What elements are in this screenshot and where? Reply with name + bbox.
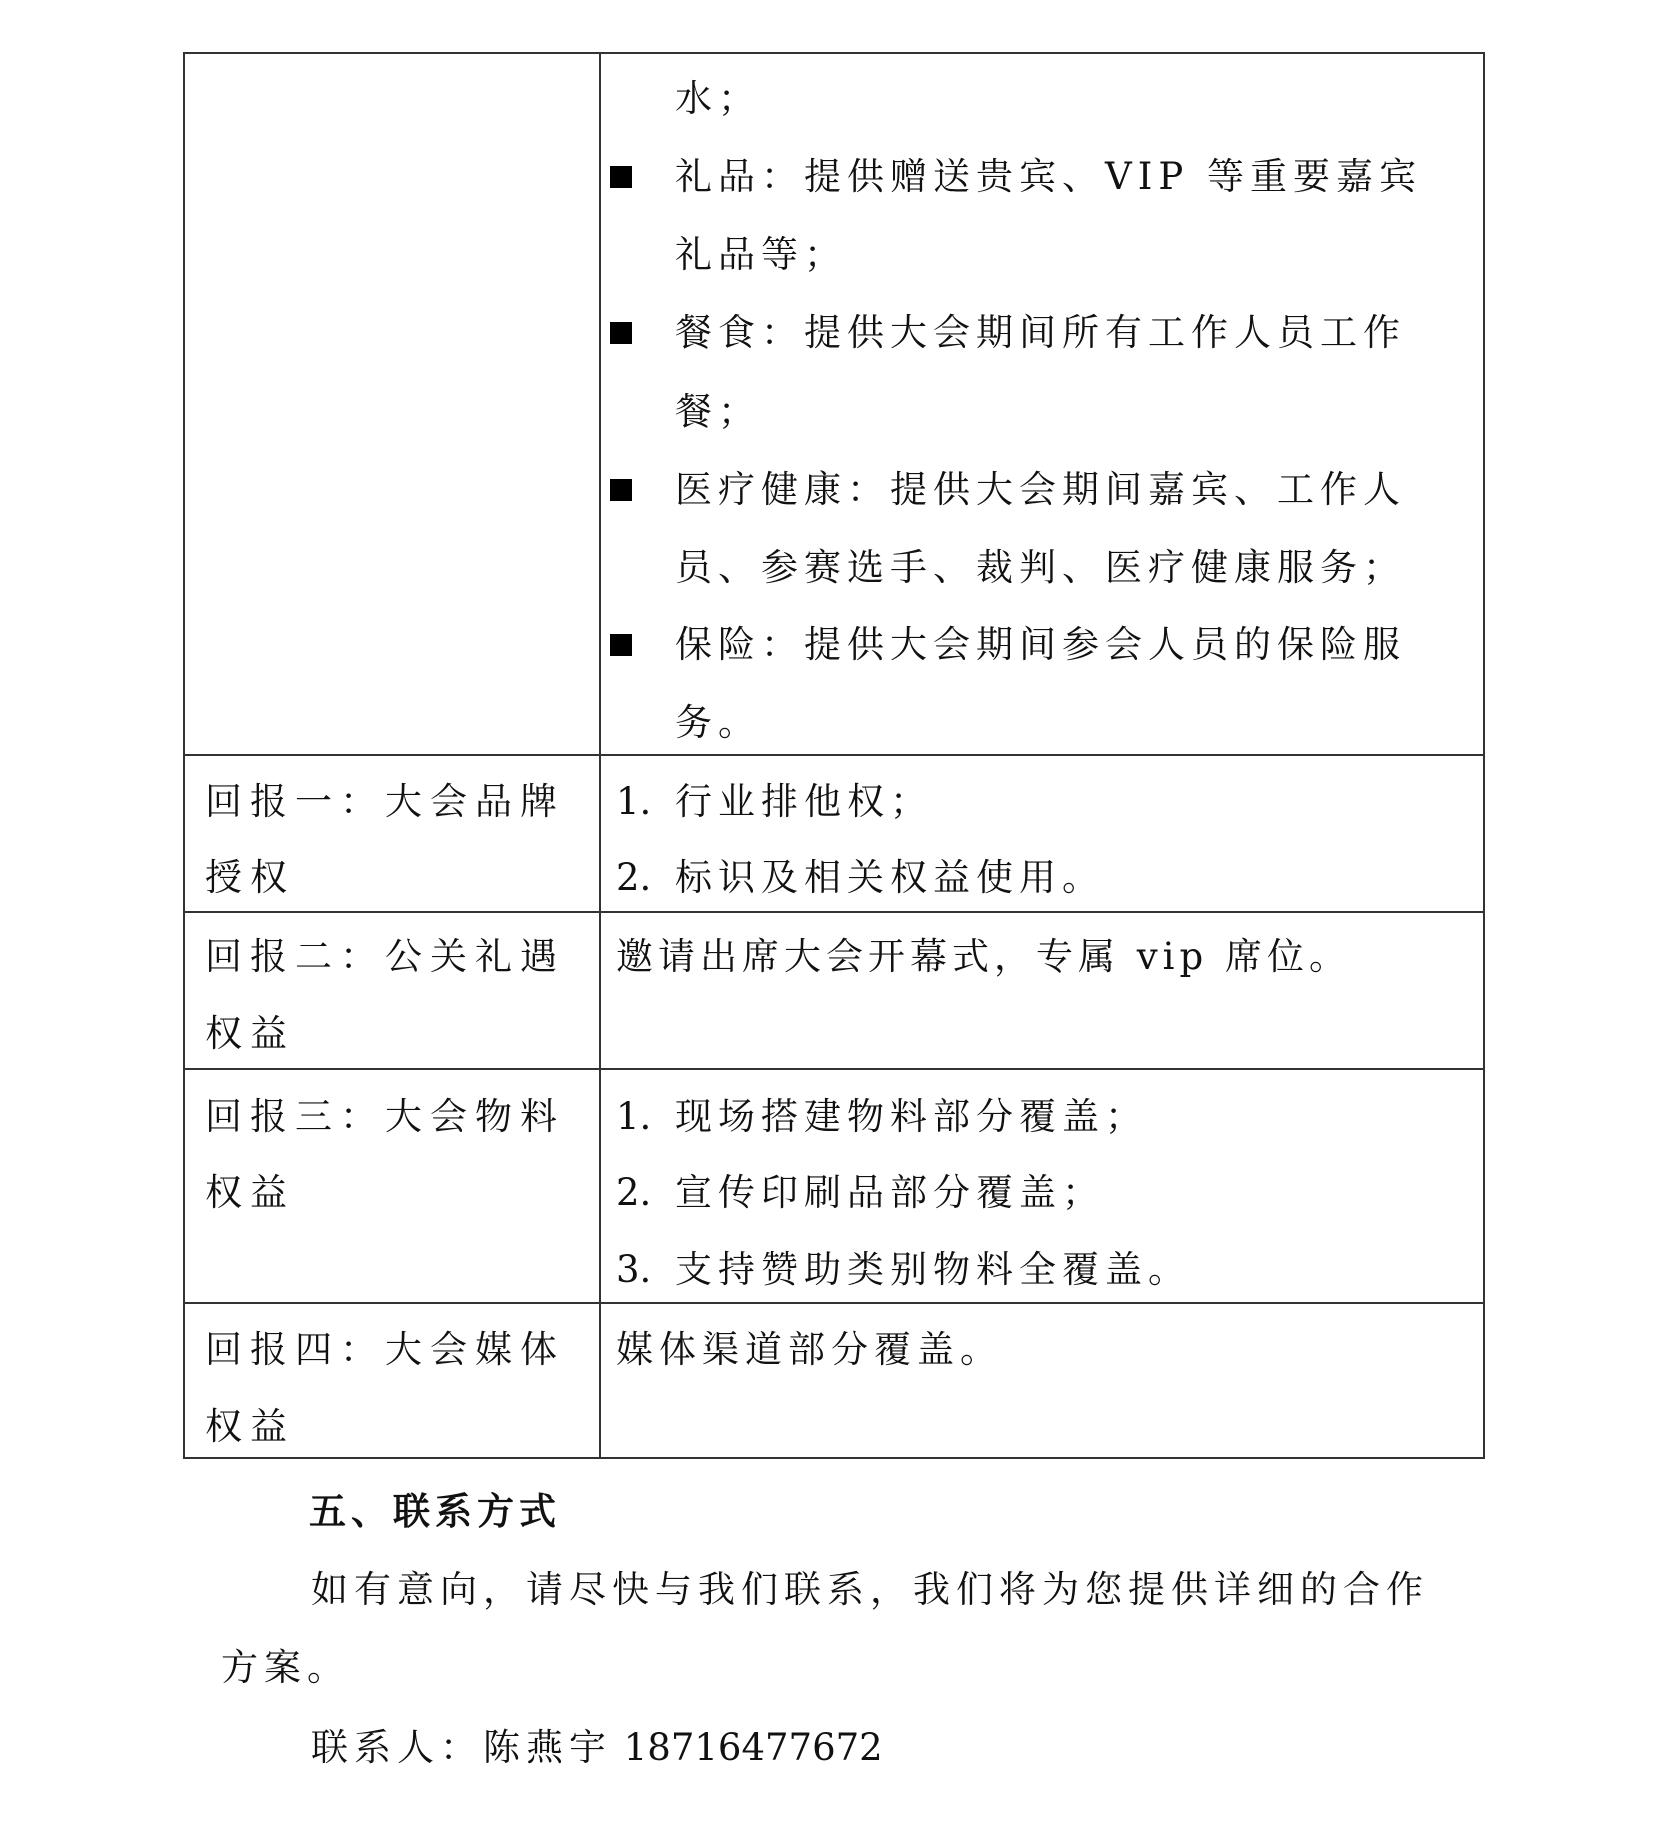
square-bullet-icon (610, 634, 632, 656)
list-item-text: 餐； (675, 390, 761, 434)
row-divider (185, 911, 1483, 913)
row-divider (185, 1302, 1483, 1304)
list-item-text: 医疗健康：提供大会期间嘉宾、工作人 (675, 468, 1406, 512)
square-bullet-icon (610, 322, 632, 344)
list-number: 1. (616, 780, 651, 824)
contact-spacer (612, 1726, 624, 1769)
list-item-text: 餐食：提供大会期间所有工作人员工作 (675, 311, 1406, 355)
list-item-text: 现场搭建物料部分覆盖； (675, 1095, 1148, 1139)
list-number: 1. (616, 1095, 651, 1139)
list-item-text: 宣传印刷品部分覆盖； (675, 1171, 1105, 1215)
contact-paragraph: 如有意向，请尽快与我们联系，我们将为您提供详细的合作 (311, 1568, 1429, 1612)
list-item-text: 标识及相关权益使用。 (675, 856, 1105, 900)
list-number: 2. (616, 1171, 651, 1215)
list-number: 3. (616, 1248, 651, 1292)
row-divider (185, 1068, 1483, 1070)
list-item-text: 行业排他权； (675, 780, 933, 824)
list-number: 2. (616, 856, 651, 900)
list-item-text: 保险：提供大会期间参会人员的保险服 (675, 623, 1406, 667)
list-item-text: 礼品等； (675, 233, 847, 277)
row-label: 回报一：大会品牌 (205, 780, 565, 824)
section-heading: 五、联系方式 (309, 1490, 561, 1534)
row-label: 权益 (205, 1405, 295, 1449)
contact-label: 联系人： (311, 1726, 483, 1769)
row-content: 邀请出席大会开幕式，专属 vip 席位。 (616, 935, 1351, 979)
row-divider (185, 754, 1483, 756)
square-bullet-icon (610, 479, 632, 501)
row-label: 回报三：大会物料 (205, 1095, 565, 1139)
list-item-text: 支持赞助类别物料全覆盖。 (675, 1248, 1191, 1292)
document-page: 水； 礼品：提供赠送贵宾、VIP 等重要嘉宾 礼品等； 餐食：提供大会期间所有工… (0, 0, 1653, 1840)
row-label: 权益 (205, 1012, 295, 1056)
row-label: 授权 (205, 856, 295, 900)
contact-name: 陈燕宇 (483, 1726, 612, 1769)
row-label: 回报二：公关礼遇 (205, 935, 565, 979)
row-label: 回报四：大会媒体 (205, 1328, 565, 1372)
row-label: 权益 (205, 1171, 295, 1215)
list-item-text: 礼品：提供赠送贵宾、VIP 等重要嘉宾 (675, 155, 1422, 199)
row-content: 媒体渠道部分覆盖。 (616, 1328, 1003, 1372)
list-item-text: 务。 (675, 701, 761, 745)
contact-person-line: 联系人：陈燕宇 18716477672 (311, 1726, 883, 1770)
contact-phone: 18716477672 (624, 1726, 883, 1769)
contact-paragraph-continued: 方案。 (221, 1646, 350, 1690)
list-item-text: 水； (675, 77, 761, 121)
list-item-text: 员、参赛选手、裁判、医疗健康服务； (675, 546, 1406, 590)
square-bullet-icon (610, 166, 632, 188)
